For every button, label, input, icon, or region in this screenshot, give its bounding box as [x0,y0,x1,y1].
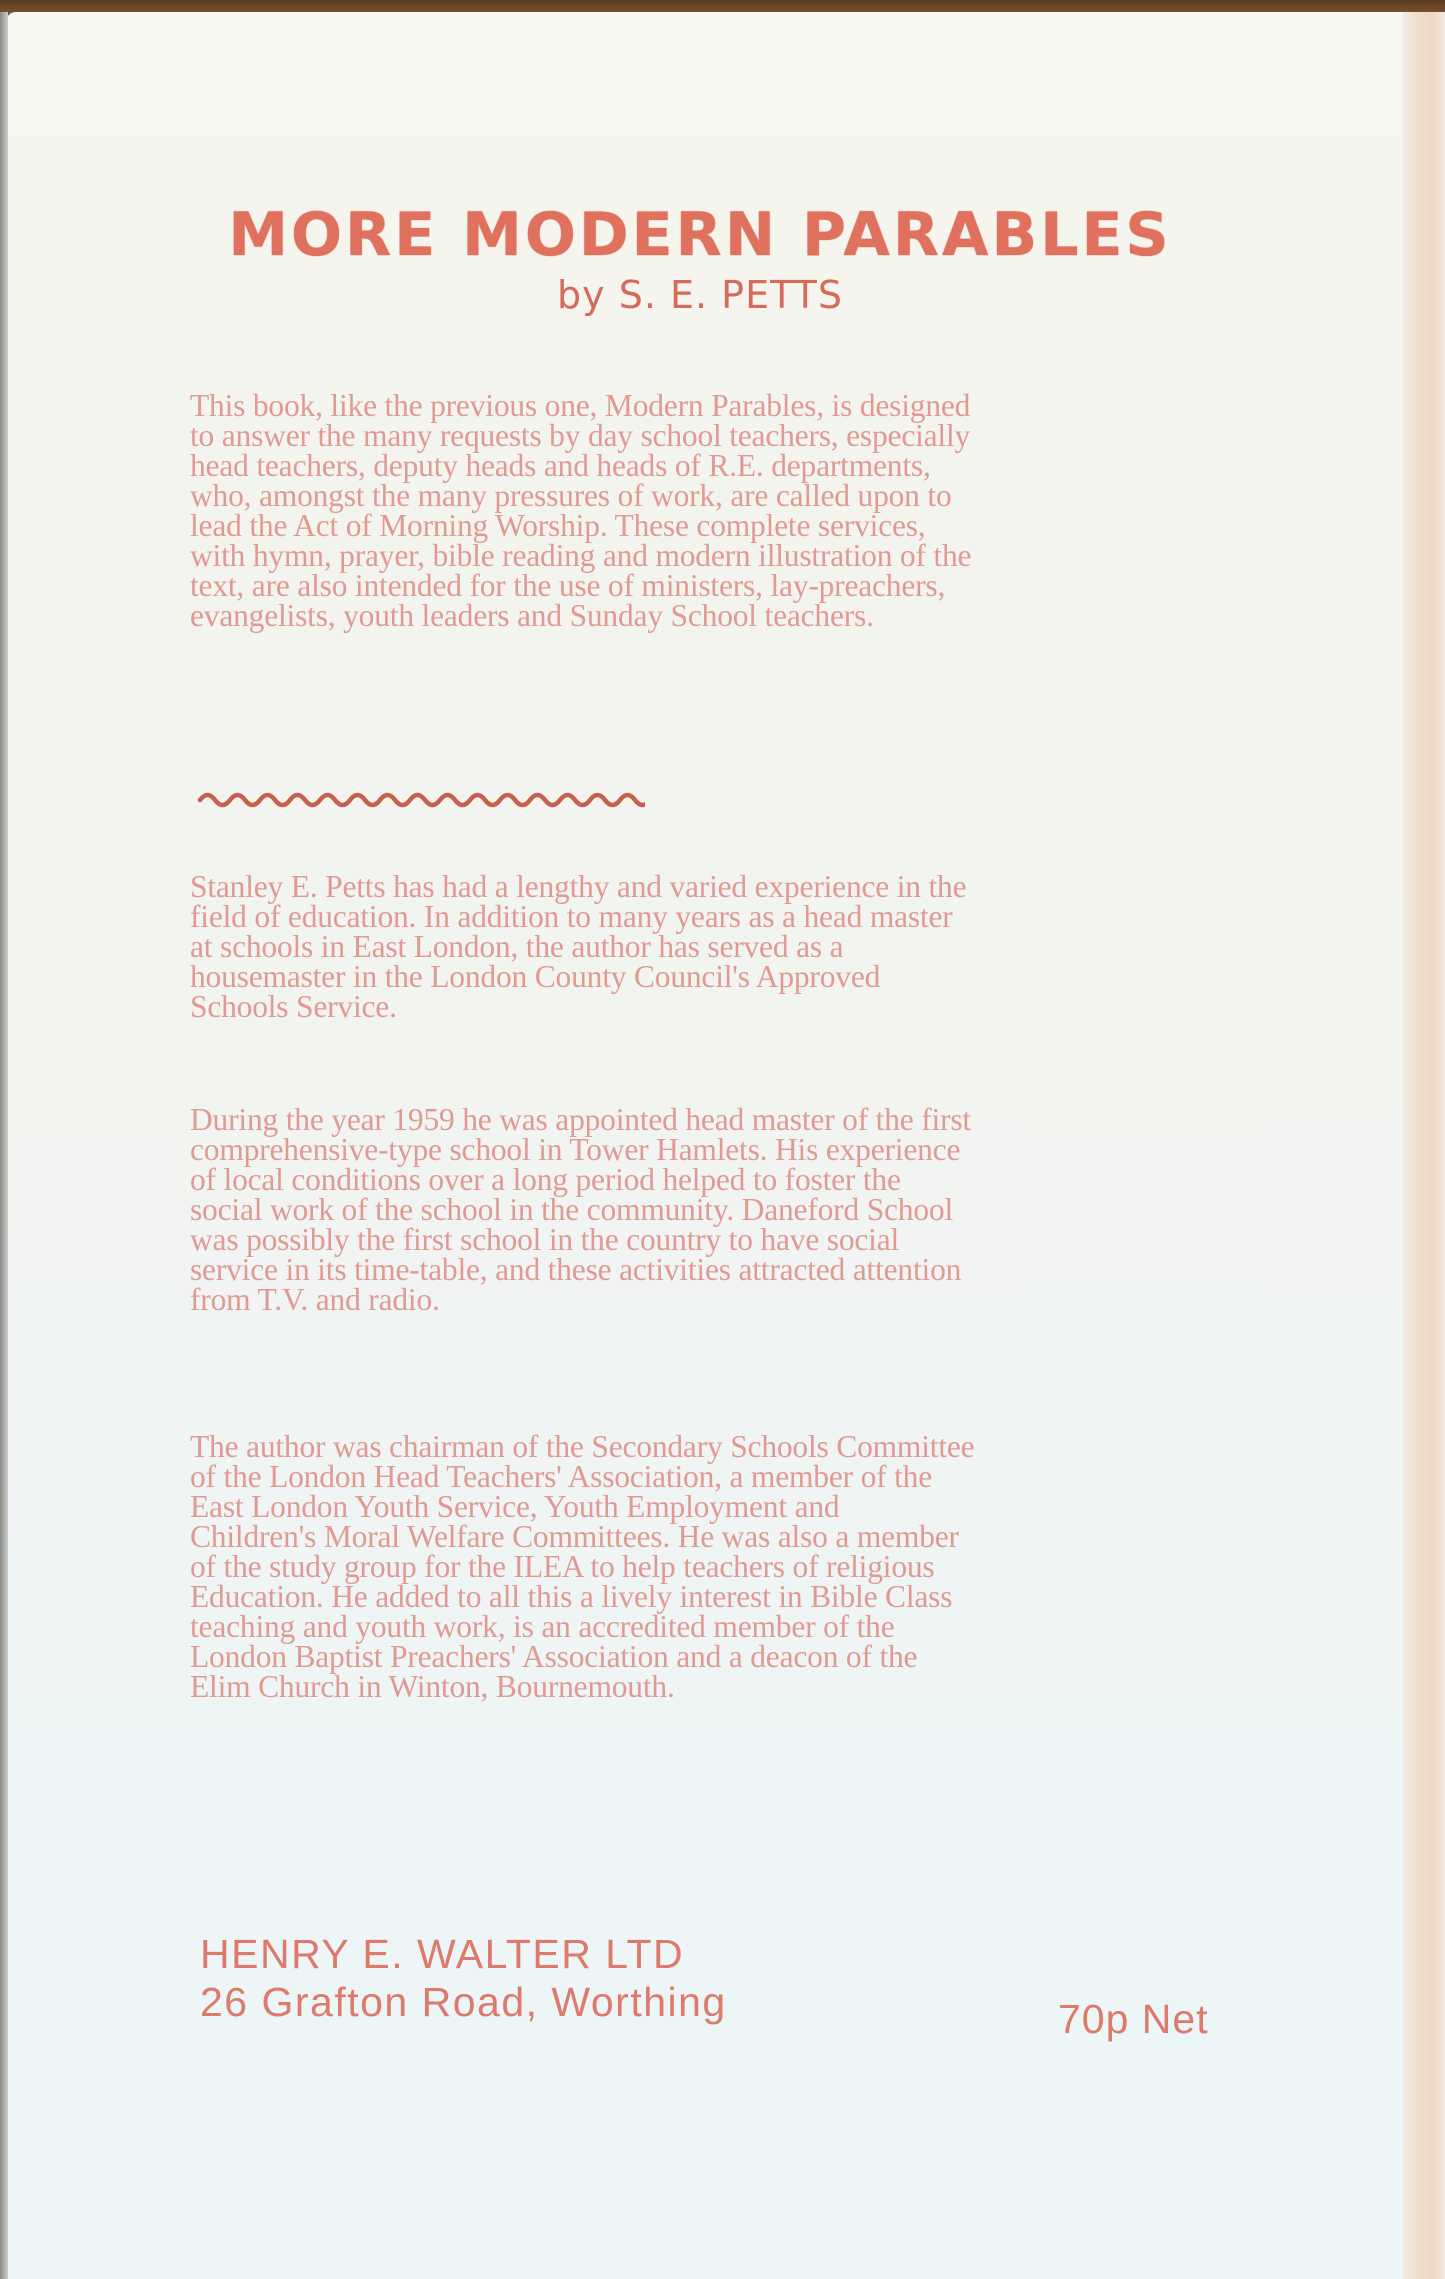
intro-paragraph: This book, like the previous one, Modern… [190,391,1270,631]
text-line: London Baptist Preachers' Association an… [190,1642,1270,1672]
text-line: service in its time-table, and these act… [190,1255,1270,1285]
biography-paragraph-1: Stanley E. Petts has had a lengthy and v… [190,872,1270,1022]
text-line: to answer the many requests by day schoo… [190,421,1270,451]
book-page-edges [1403,12,1445,2279]
publisher-name: HENRY E. WALTER LTD [200,1930,727,1978]
text-line: Education. He added to all this a lively… [190,1582,1270,1612]
text-line: field of education. In addition to many … [190,902,1270,932]
text-line: of the study group for the ILEA to help … [190,1552,1270,1582]
text-line: head teachers, deputy heads and heads of… [190,451,1270,481]
publisher-address: 26 Grafton Road, Worthing [200,1978,727,2026]
text-line: was possibly the first school in the cou… [190,1225,1270,1255]
text-line: During the year 1959 he was appointed he… [190,1105,1270,1135]
text-line: comprehensive-type school in Tower Hamle… [190,1135,1270,1165]
price-label: 70p Net [1058,1996,1209,2043]
cover-left-edge [0,12,8,2279]
text-line: Elim Church in Winton, Bournemouth. [190,1672,1270,1702]
publisher-block: HENRY E. WALTER LTD 26 Grafton Road, Wor… [200,1930,727,2026]
text-line: Stanley E. Petts has had a lengthy and v… [190,872,1270,902]
text-line: Schools Service. [190,992,1270,1022]
text-line: teaching and youth work, is an accredite… [190,1612,1270,1642]
text-line: of local conditions over a long period h… [190,1165,1270,1195]
text-line: evangelists, youth leaders and Sunday Sc… [190,601,1270,631]
text-line: Children's Moral Welfare Committees. He … [190,1522,1270,1552]
text-line: This book, like the previous one, Modern… [190,391,1270,421]
wavy-line-icon [195,788,645,812]
text-line: from T.V. and radio. [190,1285,1270,1315]
biography-paragraph-3: The author was chairman of the Secondary… [190,1432,1270,1702]
text-line: lead the Act of Morning Worship. These c… [190,511,1270,541]
book-title: MORE MODERN PARABLES [150,200,1250,270]
text-line: text, are also intended for the use of m… [190,571,1270,601]
text-line: The author was chairman of the Secondary… [190,1432,1270,1462]
text-line: housemaster in the London County Council… [190,962,1270,992]
text-line: East London Youth Service, Youth Employm… [190,1492,1270,1522]
text-line: who, amongst the many pressures of work,… [190,481,1270,511]
text-line: at schools in East London, the author ha… [190,932,1270,962]
author-byline: by S. E. PETTS [150,273,1250,317]
text-line: of the London Head Teachers' Association… [190,1462,1270,1492]
text-line: social work of the school in the communi… [190,1195,1270,1225]
text-line: with hymn, prayer, bible reading and mod… [190,541,1270,571]
biography-paragraph-2: During the year 1959 he was appointed he… [190,1105,1270,1315]
